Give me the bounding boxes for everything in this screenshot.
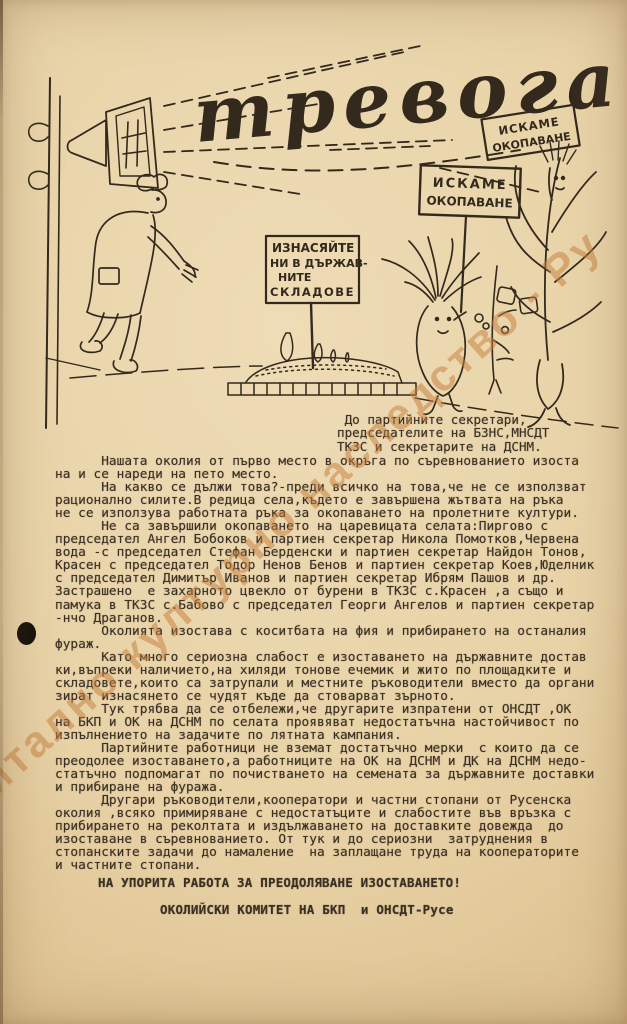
demand-sign-post bbox=[461, 216, 466, 312]
svg-text:ИЗНАСЯЙТЕ: ИЗНАСЯЙТЕ bbox=[272, 240, 354, 255]
svg-text:ИСКАМЕ: ИСКАМЕ bbox=[432, 176, 507, 194]
scan-edge bbox=[0, 0, 3, 1024]
startled-man-figure bbox=[80, 174, 198, 372]
svg-text:СКЛАДОВЕ: СКЛАДОВЕ bbox=[270, 285, 355, 299]
page-title: тревога bbox=[190, 34, 627, 171]
seed-mound bbox=[228, 333, 416, 395]
svg-text:НИ В ДЪРЖАВ-: НИ В ДЪРЖАВ- bbox=[270, 257, 368, 270]
svg-text:НИТЕ: НИТЕ bbox=[278, 271, 311, 284]
scanned-document-page: тревога ИЗНАСЯЙТЕ Н bbox=[0, 0, 627, 1024]
alarm-cartoon: тревога ИЗНАСЯЙТЕ Н bbox=[0, 0, 627, 460]
demand-sign-middle: ИСКАМЕ ОКОПАВАНЕ bbox=[419, 165, 521, 217]
slogan-line: НА УПОРИТА РАБОТА ЗА ПРЕОДОЛЯВАНЕ ИЗОСТА… bbox=[98, 875, 461, 890]
ground-line bbox=[70, 366, 262, 378]
svg-text:ОКОПАВАНЕ: ОКОПАВАНЕ bbox=[426, 193, 513, 210]
punch-hole bbox=[17, 622, 36, 645]
committee-signature: ОКОЛИЙСКИ КОМИТЕТ НА БКП и ОНСДТ-Русе bbox=[160, 902, 454, 917]
